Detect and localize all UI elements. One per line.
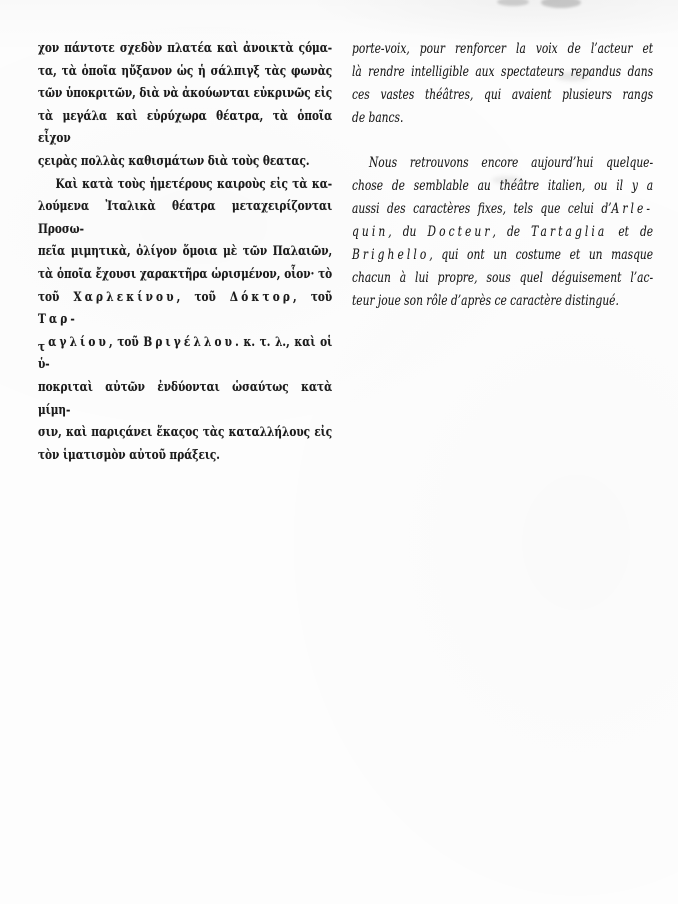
- text-segment: , τοῦ: [177, 290, 230, 305]
- text-segment: τῶν ὑποκριτῶν, διὰ νὰ ἀκούωνται εὐκρινῶς…: [38, 86, 332, 101]
- emphasized-name: quin: [352, 224, 388, 240]
- paragraph: porte-voix, pour renforcer la voix de l’…: [352, 38, 653, 130]
- text-segment: χον πάντοτε σχεδὸν πλατέα καὶ ἀνοικτὰ ςό…: [38, 41, 332, 56]
- paragraph: χον πάντοτε σχεδὸν πλατέα καὶ ἀνοικτὰ ςό…: [38, 38, 332, 174]
- text-line: de bancs.: [352, 107, 653, 130]
- text-segment: aussi des caractères fixes, tels que cel…: [352, 201, 612, 217]
- ink-smudge: [497, 0, 529, 6]
- emphasized-name: Χαρλεκίνου: [73, 290, 176, 305]
- page: χον πάντοτε σχεδὸν πλατέα καὶ ἀνοικτὰ ςό…: [0, 0, 678, 904]
- text-segment: , τοῦ: [293, 290, 332, 305]
- text-line: Nous retrouvons encore aujourd’hui quelq…: [352, 152, 653, 175]
- text-line: ces vastes théâtres, qui avaient plusieu…: [352, 84, 653, 107]
- emphasized-name: Brighello: [352, 247, 429, 263]
- text-segment: σιν, καὶ παριςάνει ἕκαςος τὰς καταλλήλου…: [38, 425, 332, 440]
- text-segment: λούμενα Ἰταλικὰ θέατρα μεταχειρίζονται Π…: [38, 199, 332, 237]
- text-line: τὰ μεγάλα καὶ εὐρύχωρα θέατρα, τὰ ὁποῖα …: [38, 106, 332, 151]
- text-segment: , qui ont un costume et un masque: [429, 247, 653, 263]
- text-line: πεῖα μιμητικὰ, ὀλίγον ὅμοια μὲ τῶν Παλαι…: [38, 241, 332, 264]
- greek-column: χον πάντοτε σχεδὸν πλατέα καὶ ἀνοικτὰ ςό…: [38, 38, 332, 467]
- text-line: ποκριταὶ αὐτῶν ἐνδύονται ὡσαύτως κατὰ μί…: [38, 377, 332, 422]
- text-segment: ces vastes théâtres, qui avaient plusieu…: [352, 87, 653, 103]
- text-line: aussi des caractères fixes, tels que cel…: [352, 198, 653, 221]
- text-segment: porte-voix, pour renforcer la voix de l’…: [352, 41, 653, 57]
- emphasized-name: Docteur: [427, 224, 492, 240]
- text-line: τα, τὰ ὁποῖα ηὔξανον ὡς ἡ σάλπιγξ τὰς φω…: [38, 61, 332, 84]
- emphasized-name: Arle-: [612, 201, 654, 217]
- text-line: ςειρὰς πολλὰς καθισμάτων διὰ τοὺς θεατας…: [38, 151, 332, 174]
- emphasized-name: τ: [38, 340, 48, 355]
- text-line: chose de semblable au théâtre italien, o…: [352, 175, 653, 198]
- text-line: χον πάντοτε σχεδὸν πλατέα καὶ ἀνοικτὰ ςό…: [38, 38, 332, 61]
- paragraph: Καὶ κατὰ τοὺς ἡμετέρους καιροὺς εἰς τὰ κ…: [38, 174, 332, 468]
- text-line: teur joue son rôle d’après ce caractère …: [352, 290, 653, 313]
- text-line: τῶν ὑποκριτῶν, διὰ νὰ ἀκούωνται εὐκρινῶς…: [38, 83, 332, 106]
- text-segment: τὰ ὁποῖα ἔχουσι χαρακτῆρα ὡρισμένον, οἷο…: [38, 267, 332, 282]
- text-segment: τὰ μεγάλα καὶ εὐρύχωρα θέατρα, τὰ ὁποῖα …: [38, 109, 332, 147]
- text-line: quin, du Docteur, de Tartaglia et de: [352, 221, 653, 244]
- emphasized-name: Δόκτορ: [230, 290, 293, 305]
- text-segment: là rendre intelligible aux spectateurs r…: [352, 64, 653, 80]
- text-segment: de bancs.: [352, 110, 403, 126]
- french-column: porte-voix, pour renforcer la voix de l’…: [352, 38, 653, 313]
- text-segment: chacun à lui propre, sous quel déguiseme…: [352, 270, 653, 286]
- text-segment: Nous retrouvons encore aujourd’hui quelq…: [369, 155, 653, 171]
- text-segment: , τοῦ: [109, 335, 143, 350]
- text-segment: , de: [493, 224, 532, 240]
- text-line: τὰ ὁποῖα ἔχουσι χαρακτῆρα ὡρισμένον, οἷο…: [38, 264, 332, 287]
- text-segment: et de: [607, 224, 653, 240]
- text-line: Καὶ κατὰ τοὺς ἡμετέρους καιροὺς εἰς τὰ κ…: [38, 174, 332, 197]
- emphasized-name: αγλίου: [48, 335, 109, 350]
- text-segment: ςειρὰς πολλὰς καθισμάτων διὰ τοὺς θεατας…: [38, 154, 310, 169]
- text-line: τοῦ Χαρλεκίνου, τοῦ Δόκτορ, τοῦ Ταρ-: [38, 287, 332, 332]
- text-line: λούμενα Ἰταλικὰ θέατρα μεταχειρίζονται Π…: [38, 196, 332, 241]
- text-segment: τοῦ: [38, 290, 73, 305]
- text-segment: τὸν ἱματισμὸν αὐτοῦ πράξεις.: [38, 448, 220, 463]
- emphasized-name: Ταρ-: [38, 312, 78, 327]
- text-line: σιν, καὶ παριςάνει ἕκαςος τὰς καταλλήλου…: [38, 422, 332, 445]
- emphasized-name: Βριγέλλου: [143, 335, 235, 350]
- text-segment: , du: [388, 224, 427, 240]
- text-segment: πεῖα μιμητικὰ, ὀλίγον ὅμοια μὲ τῶν Παλαι…: [38, 244, 332, 259]
- ink-smudge: [541, 0, 581, 8]
- text-segment: ποκριταὶ αὐτῶν ἐνδύονται ὡσαύτως κατὰ μί…: [38, 380, 332, 418]
- text-line: Brighello, qui ont un costume et un masq…: [352, 244, 653, 267]
- text-segment: τα, τὰ ὁποῖα ηὔξανον ὡς ἡ σάλπιγξ τὰς φω…: [38, 64, 332, 79]
- text-line: porte-voix, pour renforcer la voix de l’…: [352, 38, 653, 61]
- text-line: chacun à lui propre, sous quel déguiseme…: [352, 267, 653, 290]
- text-segment: Καὶ κατὰ τοὺς ἡμετέρους καιροὺς εἰς τὰ κ…: [55, 177, 332, 192]
- text-line: là rendre intelligible aux spectateurs r…: [352, 61, 653, 84]
- paragraph: Nous retrouvons encore aujourd’hui quelq…: [352, 152, 653, 313]
- text-segment: teur joue son rôle d’après ce caractère …: [352, 293, 619, 309]
- text-line: τὸν ἱματισμὸν αὐτοῦ πράξεις.: [38, 445, 332, 468]
- emphasized-name: Tartaglia: [531, 224, 607, 240]
- text-segment: chose de semblable au théâtre italien, o…: [352, 178, 653, 194]
- text-line: ταγλίου, τοῦ Βριγέλλου. κ. τ. λ., καὶ οἱ…: [38, 332, 332, 377]
